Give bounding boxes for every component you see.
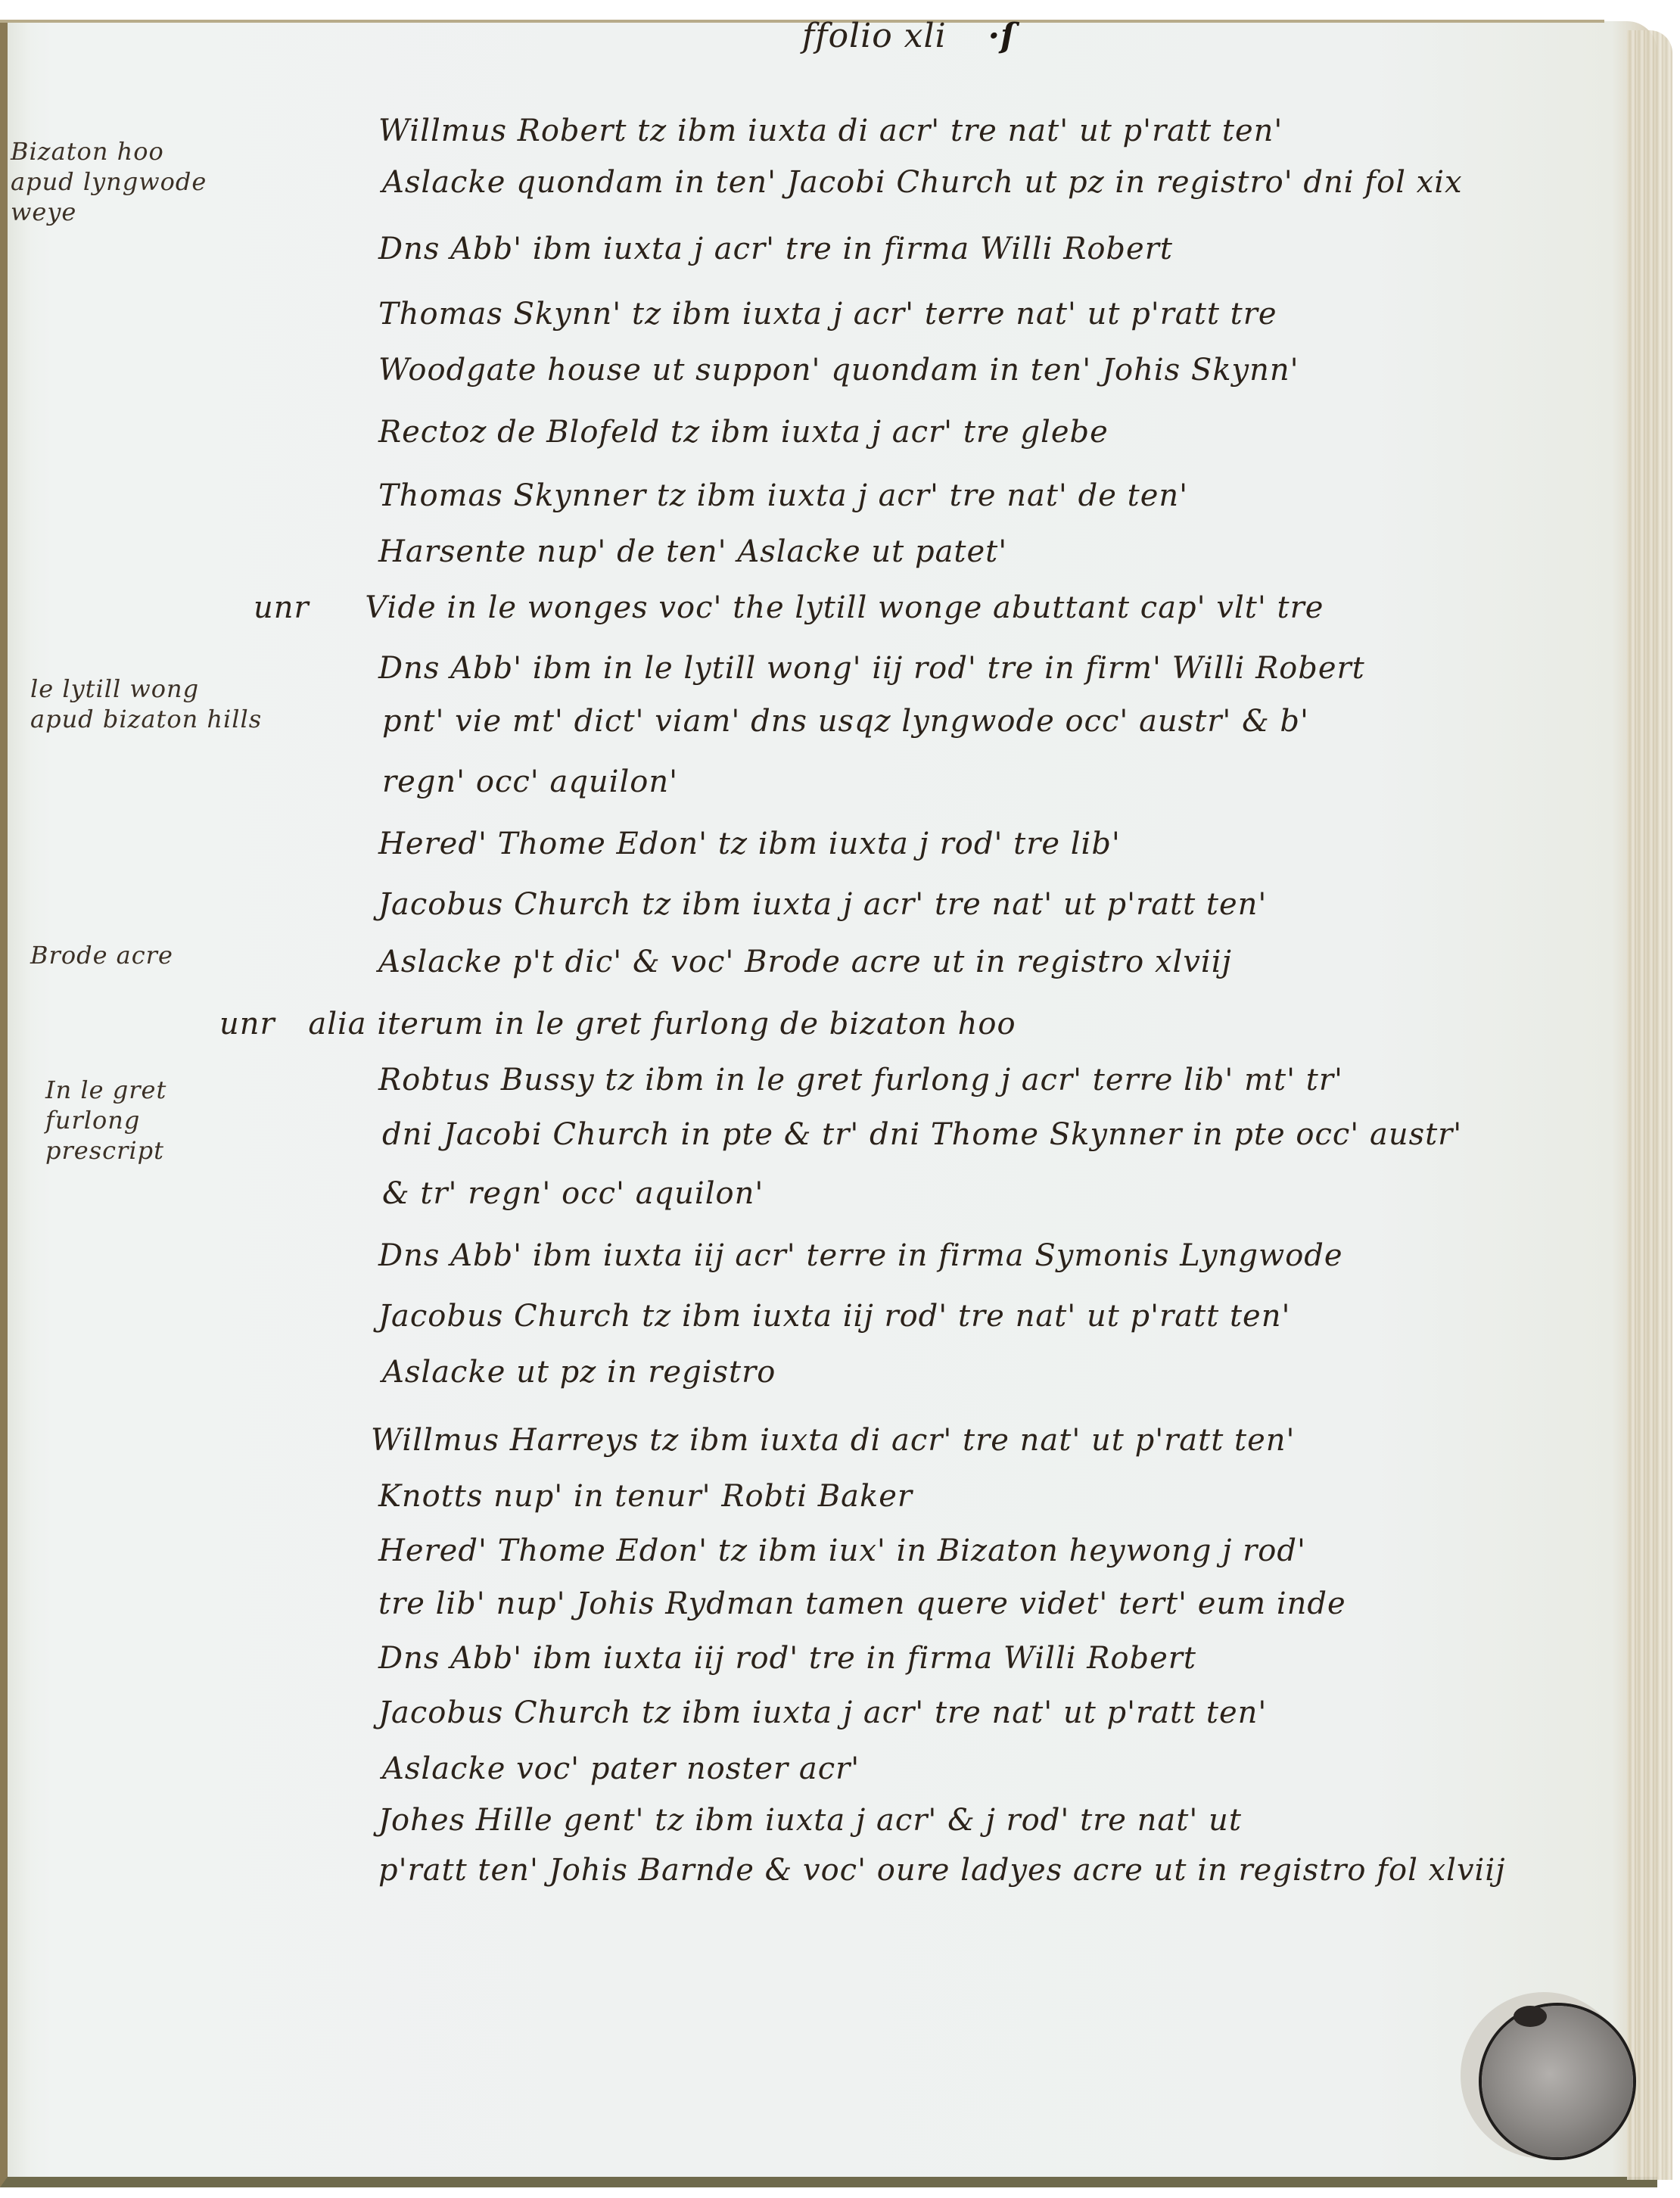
text-line: Hered' Thome Edon' tz ibm iux' in Bizato…: [378, 1533, 1306, 1568]
text-line: Aslacke quondam in ten' Jacobi Church ut…: [382, 165, 1463, 200]
margin-line: weye: [11, 197, 207, 227]
margin-line: In le gret: [45, 1075, 166, 1105]
text-line: Willmus Harreys tz ibm iuxta di acr' tre…: [371, 1423, 1296, 1458]
margin-line: apud lyngwode: [11, 167, 207, 197]
line-body: alia iterum in le gret furlong de bizato…: [308, 1007, 1016, 1041]
text-line: Dns Abb' ibm iuxta j acr' tre in firma W…: [378, 232, 1173, 266]
text-line: Woodgate house ut suppon' quondam in ten…: [378, 353, 1299, 388]
text-line: regn' occ' aquilon': [382, 764, 678, 799]
folio-heading: ffolio xli ·ſ: [802, 17, 1016, 55]
text-line: Rectoz de Blofeld tz ibm iuxta j acr' tr…: [378, 415, 1109, 450]
text-line: dni Jacobi Church in pte & tr' dni Thome…: [382, 1117, 1462, 1152]
margin-note-gret-furlong: In le gret furlong prescript: [45, 1075, 166, 1166]
margin-line: prescript: [45, 1135, 166, 1166]
text-line: Johes Hille gent' tz ibm iuxta j acr' & …: [378, 1803, 1242, 1838]
page-edges: [1627, 30, 1672, 2180]
text-line: Jacobus Church tz ibm iuxta j acr' tre n…: [378, 887, 1267, 922]
text-line: Knotts nup' in tenur' Robti Baker: [378, 1479, 913, 1514]
folio-number: ffolio xli: [802, 17, 947, 55]
boss-rivet: [1514, 2006, 1547, 2027]
text-line: tre lib' nup' Johis Rydman tamen quere v…: [378, 1586, 1346, 1621]
margin-line: le lytill wong: [30, 674, 262, 704]
text-line-outer: unr alia iterum in le gret furlong de bi…: [219, 1007, 1016, 1041]
text-line: Robtus Bussy tz ibm in le gret furlong j…: [378, 1063, 1343, 1097]
text-line: pnt' vie mt' dict' viam' dns usqz lyngwo…: [382, 704, 1309, 739]
margin-note-bizaton-hoo: Bizaton hoo apud lyngwode weye: [11, 136, 207, 227]
margin-note-lytill-wong: le lytill wong apud bizaton hills: [30, 674, 262, 734]
text-line: Jacobus Church tz ibm iuxta j acr' tre n…: [378, 1695, 1267, 1730]
line-prefix: unr: [219, 1007, 275, 1041]
text-line-outer: unr Vide in le wonges voc' the lytill wo…: [254, 590, 1324, 625]
text-line: p'ratt ten' Johis Barnde & voc' oure lad…: [378, 1853, 1506, 1888]
metal-boss: [1482, 2006, 1633, 2157]
folio-mark: ·ſ: [988, 17, 1016, 55]
text-line: & tr' regn' occ' aquilon': [382, 1176, 764, 1211]
text-line: Thomas Skynn' tz ibm iuxta j acr' terre …: [378, 297, 1277, 332]
margin-line: furlong: [45, 1105, 166, 1135]
text-line: Harsente nup' de ten' Aslacke ut patet': [378, 534, 1007, 569]
margin-line: apud bizaton hills: [30, 704, 262, 734]
text-line: Aslacke voc' pater noster acr': [382, 1751, 860, 1786]
line-body: Vide in le wonges voc' the lytill wonge …: [365, 590, 1324, 625]
text-line: Aslacke ut pz in registro: [382, 1355, 776, 1390]
text-line: Hered' Thome Edon' tz ibm iuxta j rod' t…: [378, 827, 1121, 861]
text-line: Jacobus Church tz ibm iuxta iij rod' tre…: [378, 1299, 1290, 1334]
text-line: Aslacke p't dic' & voc' Brode acre ut in…: [378, 945, 1232, 979]
text-line: Dns Abb' ibm iuxta iij rod' tre in firma…: [378, 1641, 1196, 1676]
text-line: Thomas Skynner tz ibm iuxta j acr' tre n…: [378, 478, 1188, 513]
line-prefix: unr: [254, 590, 310, 625]
margin-line: Bizaton hoo: [11, 136, 207, 167]
margin-note-brode-acre: Brode acre: [30, 940, 173, 970]
margin-line: Brode acre: [30, 940, 173, 970]
text-line: Dns Abb' ibm iuxta iij acr' terre in fir…: [378, 1238, 1343, 1273]
text-line: Dns Abb' ibm in le lytill wong' iij rod'…: [378, 651, 1365, 686]
text-line: Willmus Robert tz ibm iuxta di acr' tre …: [378, 114, 1283, 148]
